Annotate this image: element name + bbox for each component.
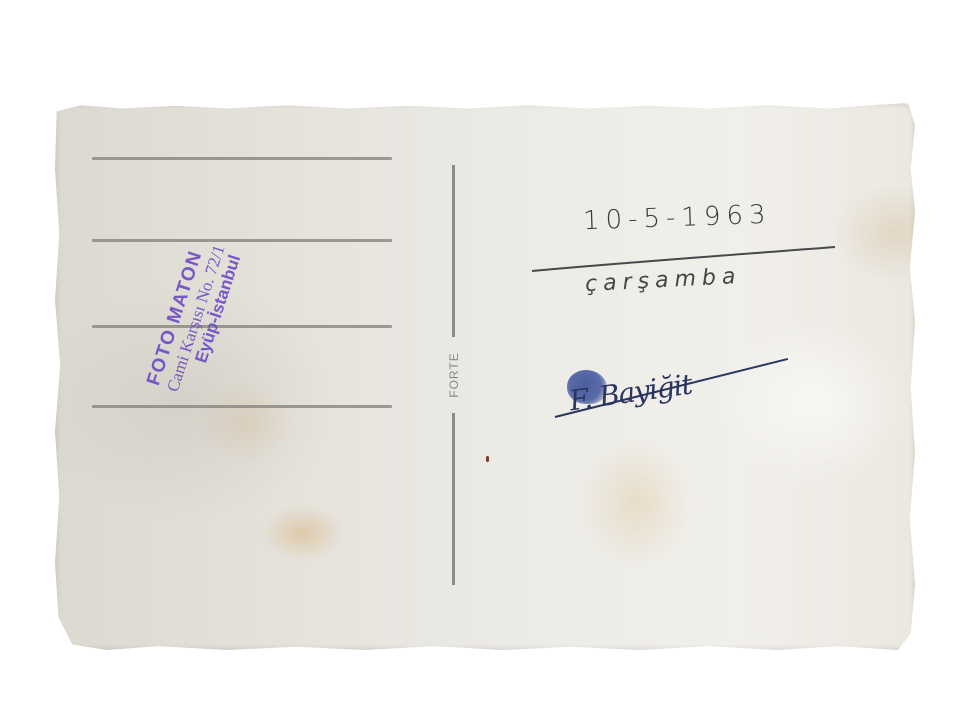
- stain-speck: [486, 456, 489, 462]
- postcard: FOTO MATON Cami Karşısı No. 72/1 Eyüp-İs…: [55, 103, 915, 650]
- photo-studio-stamp: FOTO MATON Cami Karşısı No. 72/1 Eyüp-İs…: [144, 236, 246, 399]
- photo-scene: FOTO MATON Cami Karşısı No. 72/1 Eyüp-İs…: [0, 0, 960, 720]
- brand-label: FORTE: [447, 352, 461, 397]
- address-line: [92, 157, 392, 160]
- address-line: [92, 239, 392, 242]
- address-line: [92, 325, 392, 328]
- handwritten-date: 10-5-1963: [583, 200, 772, 237]
- address-line: [92, 405, 392, 408]
- signature-area: F. Bayiğit: [555, 358, 805, 448]
